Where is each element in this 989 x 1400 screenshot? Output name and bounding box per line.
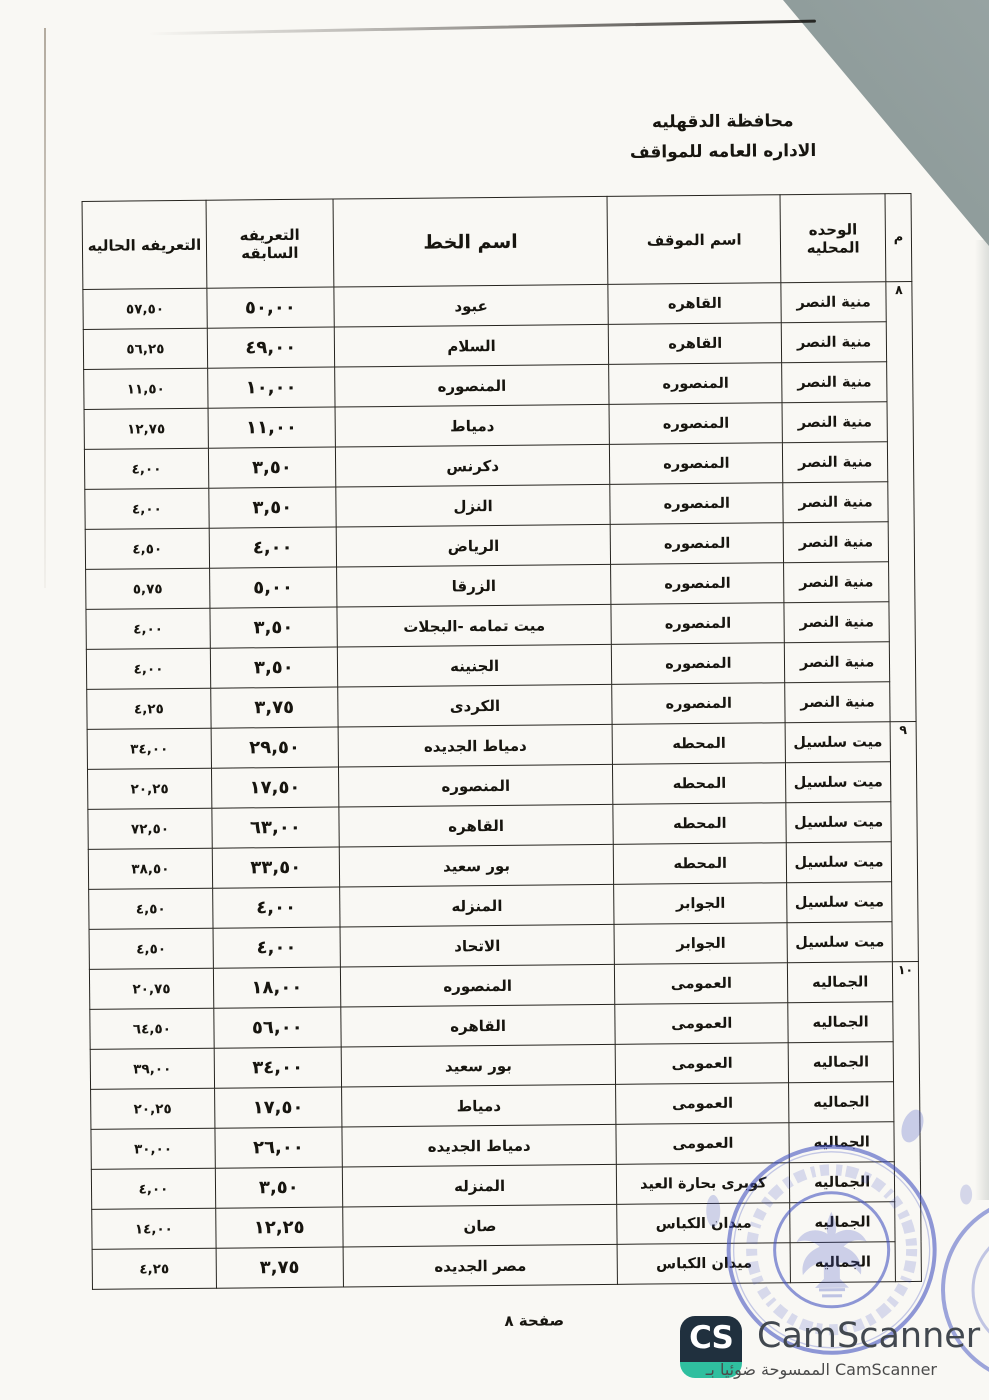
line-cell: دمياط الجديده	[338, 724, 613, 767]
stop-cell: العمومى	[616, 1083, 789, 1125]
prev-tariff-cell: ٣,٧٥	[211, 687, 338, 728]
header-number: م	[885, 193, 912, 281]
fares-table: م الوحده المحليه اسم الموقف اسم الخط الت…	[82, 193, 922, 1290]
line-cell: صان	[342, 1204, 617, 1247]
department-title: الاداره العامه للمواقف	[613, 136, 833, 168]
stop-cell: كوبرى بحارة العيد	[617, 1163, 790, 1205]
line-cell: النزل	[336, 484, 611, 527]
governorate-title: محافظة الدقهليه	[613, 107, 833, 139]
stop-cell: ميدان الكباس	[617, 1203, 790, 1245]
curr-tariff-cell: ٣٠,٠٠	[91, 1128, 215, 1169]
unit-cell: منية النصر	[785, 682, 890, 723]
prev-tariff-cell: ٣,٧٥	[216, 1247, 343, 1288]
curr-tariff-cell: ٤,٠٠	[91, 1168, 215, 1209]
header-local-unit: الوحده المحليه	[780, 194, 886, 283]
line-cell: دكرنس	[335, 444, 610, 487]
stop-cell: المحطه	[613, 763, 786, 805]
header-line-name: اسم الخط	[333, 196, 609, 287]
prev-tariff-cell: ١٨,٠٠	[213, 967, 340, 1008]
stop-cell: المنصوره	[611, 563, 784, 605]
prev-tariff-cell: ١٢,٢٥	[216, 1207, 343, 1248]
line-cell: المنزله	[339, 884, 614, 927]
prev-tariff-cell: ٢٦,٠٠	[215, 1127, 342, 1168]
line-cell: الرياض	[336, 524, 611, 567]
unit-cell: منية النصر	[781, 322, 886, 363]
stop-cell: الجوابر	[614, 883, 787, 925]
stop-cell: القاهره	[609, 323, 782, 365]
prev-tariff-cell: ١٧,٥٠	[211, 767, 338, 808]
stop-cell: العمومى	[616, 1123, 789, 1165]
stop-cell: المحطه	[614, 843, 787, 885]
table-row: الجماليهميدان الكباسمصر الجديده٣,٧٥٤,٢٥	[92, 1241, 921, 1289]
prev-tariff-cell: ٦٣,٠٠	[212, 807, 339, 848]
unit-cell: ميت سلسيل	[785, 722, 890, 763]
curr-tariff-cell: ٥,٧٥	[86, 568, 210, 609]
stop-cell: ميدان الكباس	[618, 1243, 791, 1285]
header-prev-tariff: التعريفه السابقه	[206, 199, 334, 288]
document-header: محافظة الدقهليه الاداره العامه للمواقف	[613, 107, 834, 169]
prev-tariff-cell: ٤٩,٠٠	[207, 327, 334, 368]
curr-tariff-cell: ٦٤,٥٠	[90, 1008, 214, 1049]
stop-cell: المنصوره	[609, 403, 782, 445]
unit-cell: الجماليه	[790, 1202, 895, 1243]
curr-tariff-cell: ٢٠,٢٥	[87, 768, 211, 809]
stop-cell: المنصوره	[612, 683, 785, 725]
group-number-cell: ٨	[886, 281, 916, 721]
stop-cell: المنصوره	[610, 443, 783, 485]
line-cell: المنزله	[342, 1164, 617, 1207]
unit-cell: منية النصر	[783, 522, 888, 563]
unit-cell: الجماليه	[788, 1002, 893, 1043]
prev-tariff-cell: ٣٣,٥٠	[212, 847, 339, 888]
curr-tariff-cell: ٤,٠٠	[85, 488, 209, 529]
line-cell: القاهره	[339, 804, 614, 847]
curr-tariff-cell: ٤,٥٠	[89, 888, 213, 929]
unit-cell: ميت سلسيل	[787, 922, 892, 963]
unit-cell: الجماليه	[789, 1082, 894, 1123]
curr-tariff-cell: ٤,٠٠	[84, 448, 208, 489]
curr-tariff-cell: ٣٩,٠٠	[90, 1048, 214, 1089]
curr-tariff-cell: ٤,٠٠	[86, 608, 210, 649]
prev-tariff-cell: ٣,٥٠	[210, 607, 337, 648]
stop-cell: المنصوره	[610, 483, 783, 525]
curr-tariff-cell: ٢٠,٢٥	[91, 1088, 215, 1129]
line-cell: السلام	[334, 324, 609, 367]
curr-tariff-cell: ١٤,٠٠	[92, 1208, 216, 1249]
stop-cell: العمومى	[615, 963, 788, 1005]
curr-tariff-cell: ٥٧,٥٠	[83, 288, 207, 329]
table-header-row: م الوحده المحليه اسم الموقف اسم الخط الت…	[82, 193, 912, 289]
unit-cell: الجماليه	[789, 1122, 894, 1163]
curr-tariff-cell: ١٢,٧٥	[84, 408, 208, 449]
unit-cell: منية النصر	[783, 442, 888, 483]
page-number: صفحة ٨	[469, 1311, 599, 1330]
line-cell: دمياط	[335, 404, 610, 447]
scanned-page: محافظة الدقهليه الاداره العامه للمواقف م…	[0, 0, 989, 1400]
unit-cell: ميت سلسيل	[786, 802, 891, 843]
group-number-cell: ١٠	[892, 961, 921, 1281]
prev-tariff-cell: ٥٠,٠٠	[207, 287, 334, 328]
prev-tariff-cell: ٣,٥٠	[209, 487, 336, 528]
stop-cell: العمومى	[616, 1043, 789, 1085]
camscanner-brand-text: CamScanner	[757, 1316, 980, 1356]
prev-tariff-cell: ٤,٠٠	[213, 927, 340, 968]
unit-cell: ميت سلسيل	[786, 842, 891, 883]
line-cell: الجنينه	[337, 644, 612, 687]
curr-tariff-cell: ٣٨,٥٠	[88, 848, 212, 889]
line-cell: بور سعيد	[339, 844, 614, 887]
line-cell: ميت تمامه -البجلات	[337, 604, 612, 647]
line-cell: القاهره	[341, 1004, 616, 1047]
line-cell: دمياط	[341, 1084, 616, 1127]
unit-cell: منية النصر	[785, 642, 890, 683]
stop-cell: المنصوره	[611, 523, 784, 565]
unit-cell: ميت سلسيل	[786, 762, 891, 803]
unit-cell: منية النصر	[784, 602, 889, 643]
prev-tariff-cell: ٢٩,٥٠	[211, 727, 338, 768]
curr-tariff-cell: ٤,٢٥	[87, 688, 211, 729]
unit-cell: الجماليه	[788, 962, 893, 1003]
curr-tariff-cell: ٤,٢٥	[92, 1248, 216, 1289]
stop-cell: العمومى	[615, 1003, 788, 1045]
line-cell: بور سعيد	[341, 1044, 616, 1087]
unit-cell: منية النصر	[782, 362, 887, 403]
curr-tariff-cell: ٥٦,٢٥	[83, 328, 207, 369]
unit-cell: الجماليه	[790, 1242, 895, 1283]
unit-cell: منية النصر	[782, 402, 887, 443]
unit-cell: منية النصر	[783, 482, 888, 523]
group-number-cell: ٩	[890, 721, 918, 961]
stop-cell: المحطه	[613, 723, 786, 765]
header-curr-tariff: التعريفه الحاليه	[82, 200, 207, 289]
line-cell: المنصوره	[338, 764, 613, 807]
stop-cell: المنصوره	[612, 643, 785, 685]
unit-cell: منية النصر	[781, 282, 886, 323]
prev-tariff-cell: ٤,٠٠	[213, 887, 340, 928]
line-cell: دمياط الجديده	[342, 1124, 617, 1167]
curr-tariff-cell: ٧٢,٥٠	[88, 808, 212, 849]
prev-tariff-cell: ٤,٠٠	[209, 527, 336, 568]
prev-tariff-cell: ١٠,٠٠	[208, 367, 335, 408]
unit-cell: ميت سلسيل	[787, 882, 892, 923]
stop-cell: المنصوره	[609, 363, 782, 405]
line-cell: الاتحاد	[340, 924, 615, 967]
unit-cell: الجماليه	[790, 1162, 895, 1203]
prev-tariff-cell: ٣,٥٠	[215, 1167, 342, 1208]
cs-icon-letters: CS	[689, 1316, 733, 1360]
curr-tariff-cell: ١١,٥٠	[84, 368, 208, 409]
curr-tariff-cell: ٤,٥٠	[85, 528, 209, 569]
prev-tariff-cell: ٣٤,٠٠	[214, 1047, 341, 1088]
stop-cell: المنصوره	[611, 603, 784, 645]
stop-cell: المحطه	[613, 803, 786, 845]
unit-cell: الجماليه	[788, 1042, 893, 1083]
header-stop-name: اسم الموقف	[607, 195, 781, 285]
stamp-fragment	[936, 1180, 989, 1396]
prev-tariff-cell: ٥,٠٠	[209, 567, 336, 608]
curr-tariff-cell: ٣٤,٠٠	[87, 728, 211, 769]
line-cell: عبود	[334, 284, 609, 327]
curr-tariff-cell: ٤,٠٠	[86, 648, 210, 689]
prev-tariff-cell: ٥٦,٠٠	[214, 1007, 341, 1048]
unit-cell: منية النصر	[784, 562, 889, 603]
line-cell: المنصوره	[334, 364, 609, 407]
prev-tariff-cell: ١١,٠٠	[208, 407, 335, 448]
line-cell: مصر الجديده	[343, 1244, 618, 1287]
prev-tariff-cell: ٣,٥٠	[210, 647, 337, 688]
line-cell: الكردى	[337, 684, 612, 727]
line-cell: الزرقا	[336, 564, 611, 607]
camscanner-subtitle: الممسوحة ضوئيا بـ CamScanner	[706, 1360, 937, 1379]
prev-tariff-cell: ٣,٥٠	[208, 447, 335, 488]
stop-cell: القاهره	[608, 283, 781, 325]
prev-tariff-cell: ١٧,٥٠	[214, 1087, 341, 1128]
stop-cell: الجوابر	[614, 923, 787, 965]
line-cell: المنصوره	[340, 964, 615, 1007]
curr-tariff-cell: ٤,٥٠	[89, 928, 213, 969]
curr-tariff-cell: ٢٠,٧٥	[89, 968, 213, 1009]
